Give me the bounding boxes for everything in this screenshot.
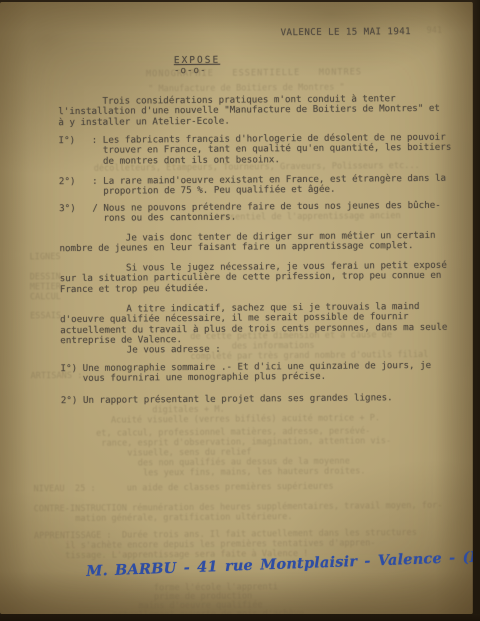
ghost-line: mation générale, gratification ultérieur… [34,512,443,525]
photo-edge-right [472,0,480,621]
date-line: VALENCE LE 15 MAI 1941 [281,27,412,38]
ghost-line: Acuité visuelle (verres bifilés) acuité … [111,414,380,426]
typed-line: France et trop peu étudiée. [60,281,465,295]
ghost-line: ARTISANS : [31,372,83,382]
ghost-line: MONOGRAPHIE ESSENTIELLE MONTRES [146,68,362,80]
typed-line: à y installer un Atelier-Ecole. [58,114,463,128]
ghost-line [30,332,82,342]
point-2: 2°) : La rare maind'oeuvre existant en F… [59,174,464,198]
ghost-text-block: 941 [427,27,443,37]
photographed-document: VALENCE LE 15 MAI 1941 EXPOSE -o-o- Troi… [0,0,480,621]
paragraph-apprentissage: Je vais donc tenter de diriger sur mon m… [59,231,464,255]
ghost-text-block: et, calcul, professionnel matières, adre… [96,427,391,479]
ghost-line: NIVEAU 25 : un aide de classes premières… [34,483,334,496]
typed-line: proportion de 75 %. Peu qualifiée et âgé… [59,184,464,198]
ghost-text-block: " Manufacture de Boitiers de Montres " [148,84,345,96]
adresse-item-2: 2°) Un rapport présentant le projet dans… [61,393,466,407]
ghost-line: 941 [427,27,443,37]
ghost-line: complété par très grand nombre d'outils … [190,351,428,363]
ghost-text-block: digitales + M.Acuité visuelle (verres bi… [111,404,380,426]
ghost-line [30,342,82,352]
typed-line: vous fournirai une monographie plus préc… [61,371,466,385]
paragraph-expose: Si vous le jugez nécessaire, je vous fer… [60,261,465,295]
typed-line: nombre de jeunes en leur faisant faire u… [59,241,464,255]
ghost-text-block: MONOGRAPHIE ESSENTIELLE MONTRES [146,68,362,80]
ghost-text-block: de cette petite dimension et à cause de … [190,331,428,363]
ghost-line: LIGNES [30,253,82,263]
ghost-line: " Manufacture de Boitiers de Montres " [148,84,345,96]
ghost-line [30,322,82,332]
ghost-line: CALCUL [30,293,82,303]
ghost-text-block: l'essentiel de l'apprentissage ancien [209,212,401,224]
ghost-text-block: forme l'école l'apprenti prime de produc… [112,583,309,614]
ghost-line [30,352,82,362]
ghost-line: ESSAIS [30,312,82,322]
ghost-line: l'essentiel de l'apprentissage ancien [209,212,401,224]
photo-edge-bottom [0,614,480,621]
typed-line: 2°) Un rapport présentant le projet dans… [61,393,466,407]
intro-paragraph: Trois considérations pratiques m'ont con… [58,94,463,128]
letter-paper: VALENCE LE 15 MAI 1941 EXPOSE -o-o- Troi… [0,2,473,614]
ghost-line: les yeux fins, mains, les hauteurs droit… [96,467,391,479]
ghost-text-block: NIVEAU 25 : un aide de classes premières… [34,483,334,496]
ghost-left-column: LIGNES DESSINMETIERCALCUL ESSAIS ARTISAN… [30,253,83,382]
ghost-text-block: CONTRE-INSTRUCTION rémunération des heur… [34,502,443,525]
ink-layer: VALENCE LE 15 MAI 1941 EXPOSE -o-o- Troi… [0,2,473,614]
adresse-item-1: I°) Une monographie sommaire .- Et d'ici… [60,361,465,385]
